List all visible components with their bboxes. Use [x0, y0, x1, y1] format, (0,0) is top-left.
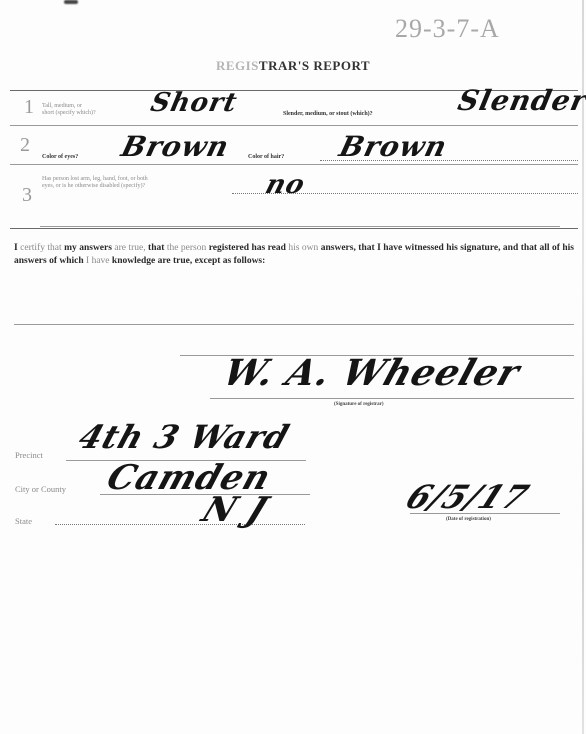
state-line	[55, 524, 305, 525]
eyes-label-text: Color of eyes?	[42, 154, 78, 160]
build-answer: Slender	[455, 84, 586, 117]
title-faded: REGIS	[216, 58, 259, 73]
date-caption: (Date of registration)	[446, 517, 491, 522]
hair-label: Color of hair?	[248, 154, 284, 161]
cert-part4-faint: his own	[286, 243, 321, 253]
signature-line	[210, 398, 574, 399]
cert-part6: knowledge are true, except as follows:	[112, 256, 265, 266]
certification-text: I certify that my answers are true, that…	[14, 242, 574, 268]
signature-caption: (Signature of registrar)	[334, 402, 384, 407]
disability-answer-line	[232, 193, 578, 194]
build-label-text: Slender, medium, or stout (which)?	[283, 111, 373, 117]
title-rest: TRAR'S REPORT	[259, 58, 370, 73]
row-number-3: 3	[22, 184, 32, 207]
disability-label-line2: eyes, or is he otherwise disabled (speci…	[42, 183, 148, 190]
row-number-2: 2	[20, 134, 30, 157]
row-number-1: 1	[24, 96, 34, 119]
height-answer: Short	[148, 88, 240, 118]
cert-part3-faint: the person	[164, 243, 208, 253]
city-label: City or County	[15, 484, 66, 494]
city-line	[100, 494, 310, 495]
divider-row3	[10, 228, 578, 229]
cert-part5-faint: I have	[84, 256, 112, 266]
state-label: State	[15, 516, 32, 526]
registrar-signature: W. A. Wheeler	[218, 352, 526, 394]
hair-color-answer: Brown	[336, 130, 451, 163]
date-line	[410, 513, 560, 514]
cert-part1-faint: certify that	[18, 243, 64, 253]
hair-answer-line	[320, 160, 578, 161]
ink-smudge	[64, 0, 78, 4]
precinct-value: 4th 3 Ward	[74, 418, 294, 456]
cert-part4: registered has read	[209, 243, 286, 253]
divider-row3-double	[40, 226, 560, 227]
registrars-report-page: 29-3-7-A REGISTRAR'S REPORT 1 Tall, medi…	[0, 0, 586, 734]
cert-part2: my answers	[64, 243, 112, 253]
cert-part2-faint: are true,	[112, 243, 148, 253]
cert-part3: that	[148, 243, 164, 253]
exceptions-line	[14, 324, 574, 325]
divider-row1	[10, 125, 578, 126]
row1-label: Tall, medium, or short (specify which)?	[42, 103, 96, 117]
registration-date: 6/5/17	[400, 478, 535, 516]
eyes-label: Color of eyes?	[42, 154, 78, 161]
document-title: REGISTRAR'S REPORT	[0, 58, 586, 74]
eye-color-answer: Brown	[118, 130, 233, 163]
build-label: Slender, medium, or stout (which)?	[283, 111, 373, 118]
hair-label-text: Color of hair?	[248, 154, 284, 160]
row1-label-line2: short (specify which)?	[42, 110, 96, 117]
precinct-label: Precinct	[15, 450, 43, 460]
row1-label-line1: Tall, medium, or	[42, 103, 96, 110]
divider-row2	[10, 164, 578, 165]
disability-label-line1: Has person lost arm, leg, hand, foot, or…	[42, 176, 148, 183]
disability-label: Has person lost arm, leg, hand, foot, or…	[42, 176, 148, 190]
disability-answer: no	[262, 170, 309, 200]
serial-number: 29-3-7-A	[395, 14, 500, 44]
